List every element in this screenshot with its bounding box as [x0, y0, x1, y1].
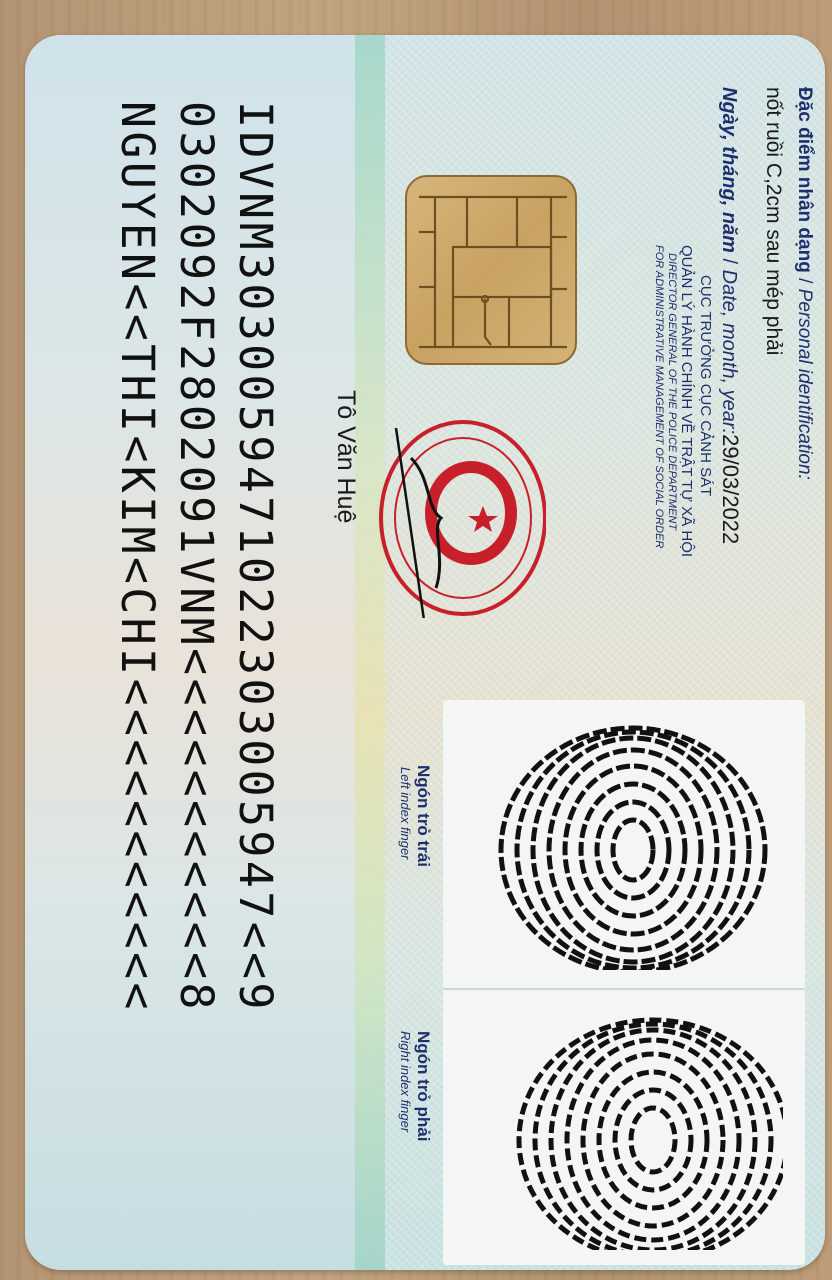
issuer-title-en-2: FOR ADMINISTRATIVE MANAGEMENT OF SOCIAL … [653, 245, 665, 548]
issue-date-label-en: Date, month, year: [718, 270, 740, 435]
issue-date-label-vi: Ngày, tháng, năm [718, 87, 740, 253]
issuer-title-vi-1: CỤC TRƯỞNG CỤC CẢNH SÁT [697, 275, 714, 496]
right-finger-label-vi: Ngón trỏ phải [413, 1031, 433, 1141]
mrz-line-2: 0302092F2802091VNM<<<<<<<<<<<8 [170, 101, 223, 1013]
id-card-back: IDVNM3030059471022303005947<<9 0302092F2… [25, 35, 825, 1270]
fingerprint-divider [443, 988, 805, 990]
identification-label: Đặc điểm nhân dạng / Personal identifica… [793, 87, 815, 480]
issuer-title-vi-2: QUẢN LÝ HÀNH CHÍNH VỀ TRẬT TỰ XÃ HỘI [678, 245, 695, 557]
mrz-line-1: IDVNM3030059471022303005947<<9 [229, 101, 282, 1013]
official-seal [371, 418, 546, 618]
mrz-line-3: NGUYEN<<THI<KIM<CHI<<<<<<<<<<< [111, 101, 164, 1013]
identification-label-vi: Đặc điểm nhân dạng [794, 87, 815, 273]
issue-date-row: Ngày, tháng, năm / Date, month, year:29/… [717, 87, 743, 544]
signer-name: Tô Văn Huệ [331, 390, 360, 523]
security-strip [355, 35, 385, 1270]
left-finger-label-en: Left index finger [398, 767, 413, 860]
right-index-fingerprint [463, 1000, 783, 1250]
issuer-title-en-1: DIRECTOR GENERAL OF THE POLICE DEPARTMEN… [666, 253, 678, 530]
issue-date-value: 29/03/2022 [718, 434, 743, 544]
left-finger-label-vi: Ngón trỏ trái [413, 765, 433, 867]
fingerprint-panel [443, 700, 805, 1265]
left-index-fingerprint [463, 720, 783, 970]
chip-icon [405, 175, 577, 365]
identification-label-en: Personal identification: [794, 289, 815, 480]
identification-value: nốt ruồi C,2cm sau mép phải [761, 87, 785, 355]
right-finger-label-en: Right index finger [398, 1031, 413, 1132]
